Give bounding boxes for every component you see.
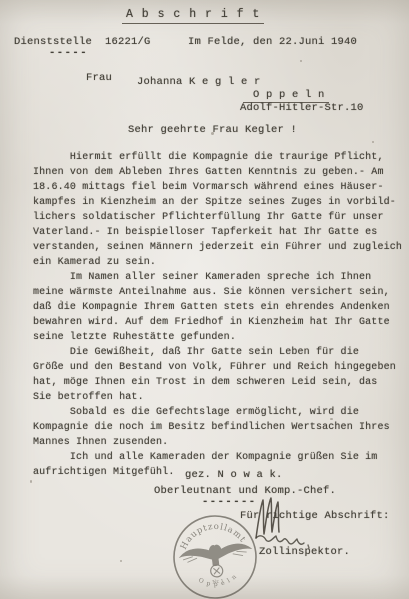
- recipient-salutation: Frau: [86, 72, 112, 84]
- paper-speckle: [30, 480, 32, 483]
- letter-line: Hiermit erfüllt die Kompagnie die trauri…: [33, 150, 402, 165]
- letter-line: Ihnen von dem Ableben Ihres Gatten Kennt…: [33, 165, 402, 180]
- letter-line: Im Namen aller seiner Kameraden spreche …: [33, 270, 402, 285]
- letter-line: kampfes in Kienzheim an der Spitze seine…: [33, 195, 402, 210]
- letter-line: Mannes Ihnen zusenden.: [33, 435, 402, 450]
- letter-line: meine wärmste Anteilnahme aus. Sie könne…: [33, 285, 402, 300]
- office-underline-dashes: -----: [49, 47, 88, 59]
- letter-line: 18.6.40 mittags fiel beim Vormarsch währ…: [33, 180, 402, 195]
- letter-body: Hiermit erfüllt die Kompagnie die trauri…: [33, 150, 402, 480]
- letter-line: seine letzte Ruhestätte gefunden.: [33, 330, 402, 345]
- letter-line: Ich und alle Kameraden der Kompagnie grü…: [33, 450, 402, 465]
- official-round-stamp: Hauptzollamt O p p e l n Nr. 1: [166, 508, 264, 599]
- recipient-street: Adolf-Hitler-Str.10: [240, 102, 364, 114]
- letter-line: Größe und den Bestand von Volk, Führer u…: [33, 360, 402, 375]
- signed-name: gez. N o w a k.: [185, 469, 283, 481]
- paper-speckle: [330, 418, 333, 420]
- paper-speckle: [211, 132, 214, 135]
- recipient-name: Johanna K e g l e r: [137, 76, 261, 88]
- letter-line: bewahren wird. Auf dem Friedhof in Kienz…: [33, 315, 402, 330]
- letter-page: A b s c h r i f t Dienststelle 16221/G -…: [0, 0, 409, 599]
- letter-line: daß die Kompagnie Ihrem Gatten stets ein…: [33, 300, 402, 315]
- letter-line: Sobald es die Gefechtslage ermöglicht, w…: [33, 405, 402, 420]
- letter-line: verstanden, seinen Männern jederzeit ein…: [33, 240, 402, 255]
- recipient-city: O p p e l n: [243, 89, 329, 103]
- letter-line: hat, möge Ihnen ein Trost in dem schwere…: [33, 375, 402, 390]
- handwritten-signature: [250, 494, 316, 554]
- letter-line: ein Kamerad zu sein.: [33, 255, 402, 270]
- document-title: A b s c h r i f t: [122, 8, 264, 24]
- letter-line: Vaterland.- In beispielloser Tapferkeit …: [33, 225, 402, 240]
- letter-line: Kompagnie die noch im Besitz befindliche…: [33, 420, 402, 435]
- signature-dashes: -------: [202, 496, 257, 508]
- date-line: Im Felde, den 22.Juni 1940: [188, 36, 357, 48]
- letter-line: Die Gewißheit, daß Ihr Gatte sein Leben …: [33, 345, 402, 360]
- paper-speckle: [372, 141, 374, 143]
- paper-speckle: [60, 300, 62, 302]
- letter-line: Sie betroffen hat.: [33, 390, 402, 405]
- paper-speckle: [300, 60, 302, 62]
- paper-speckle: [120, 560, 122, 562]
- letter-line: lichers soldatischer Pflichterfüllung Ih…: [33, 210, 402, 225]
